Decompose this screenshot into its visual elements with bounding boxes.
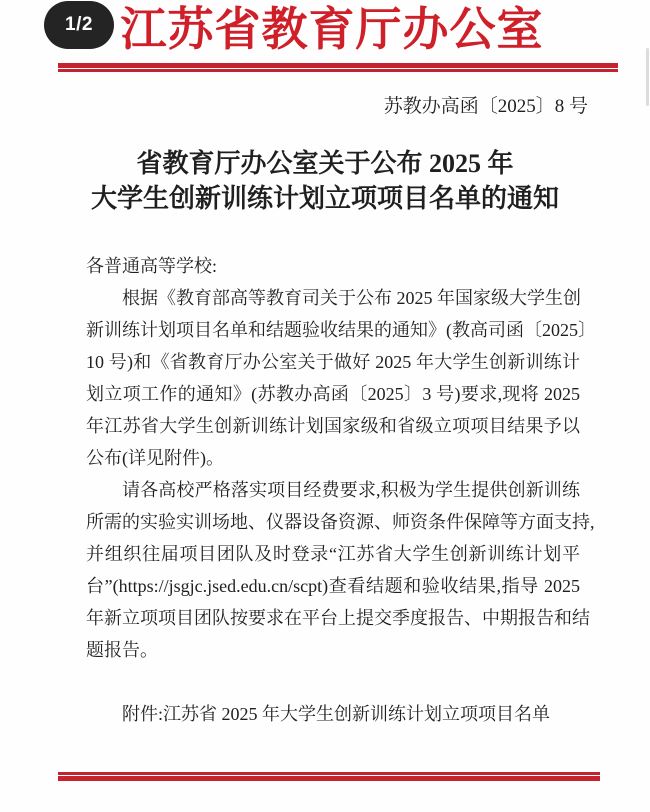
body-line: 所需的实验实训场地、仪器设备资源、师资条件保障等方面支持, [86,506,580,538]
body-line: 根据《教育部高等教育司关于公布 2025 年国家级大学生创 [86,282,580,314]
body-line: 请各高校严格落实项目经费要求,积极为学生提供创新训练 [86,474,580,506]
body-line: 台”(https://jsgjc.jsed.edu.cn/scpt)查看结题和验… [86,570,580,602]
rule-bar-thin [58,772,600,775]
body-line: 年江苏省大学生创新训练计划国家级和省级立项项目结果予以 [86,410,580,442]
rule-bar-thick [58,63,618,68]
rule-bar-thin [58,69,618,72]
document-number: 苏教办高函〔2025〕8 号 [0,94,588,120]
rule-bar-thick [58,776,600,781]
notice-title: 省教育厅办公室关于公布 2025 年 大学生创新训练计划立项项目名单的通知 [0,146,650,216]
body-line: 各普通高等学校: [86,250,580,282]
page-number-label: 1/2 [65,14,93,36]
body-lines: 各普通高等学校:根据《教育部高等教育司关于公布 2025 年国家级大学生创新训练… [86,250,580,666]
body-line: 10 号)和《省教育厅办公室关于做好 2025 年大学生创新训练计 [86,346,580,378]
body-line: 并组织往届项目团队及时登录“江苏省大学生创新训练计划平 [86,538,580,570]
document-body: 各普通高等学校:根据《教育部高等教育司关于公布 2025 年国家级大学生创新训练… [86,250,580,730]
letterhead-rule-top [58,63,618,72]
body-line: 题报告。 [86,634,580,666]
page-number-badge: 1/2 [44,1,114,49]
body-line: 公布(详见附件)。 [86,442,580,474]
body-line: 划立项工作的通知》(苏教办高函〔2025〕3 号)要求,现将 2025 [86,378,580,410]
body-line: 年新立项项目团队按要求在平台上提交季度报告、中期报告和结 [86,602,580,634]
notice-title-line1: 省教育厅办公室关于公布 2025 年 [0,146,650,181]
footer-rule-bottom [58,772,600,781]
notice-title-line2: 大学生创新训练计划立项项目名单的通知 [0,181,650,216]
attachment-line: 附件:江苏省 2025 年大学生创新训练计划立项项目名单 [86,698,580,730]
scrollbar-thumb[interactable] [646,48,649,106]
body-line: 新训练计划项目名单和结题验收结果的通知》(教高司函〔2025〕 [86,314,580,346]
